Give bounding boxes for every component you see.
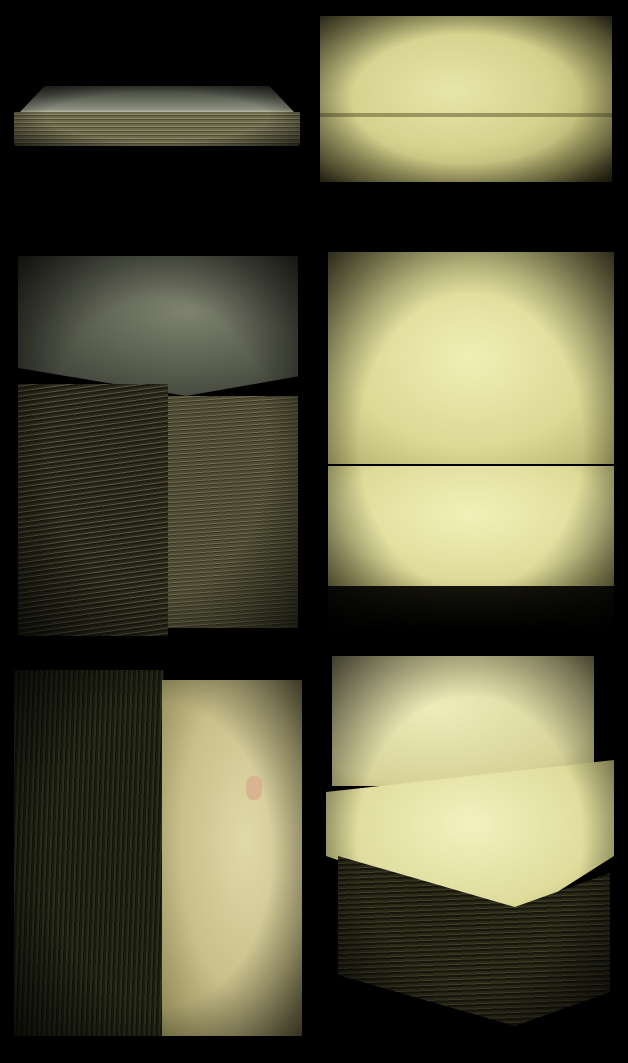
page-fold: [320, 113, 612, 117]
photo-book-spine: [14, 660, 304, 1050]
page-stack-left: [18, 384, 168, 636]
script-page-lower: [328, 466, 614, 586]
raised-page: [332, 656, 594, 786]
script-page-upper: [328, 252, 614, 464]
annotated-page: [162, 680, 302, 1036]
photo-script-closeup: [328, 252, 614, 632]
red-stain: [246, 776, 262, 800]
photo-manuscript-page: [320, 16, 612, 182]
photo-closed-book: [14, 86, 300, 148]
worn-cover: [18, 256, 298, 396]
photo-open-book: [326, 656, 614, 1026]
photo-book-corner: [14, 256, 302, 636]
book-cover-top: [20, 86, 294, 112]
manuscript-page: [320, 16, 612, 182]
page-block: [14, 670, 164, 1036]
page-stack-right: [168, 396, 298, 628]
page-base-shadow: [328, 586, 614, 632]
book-page-edges: [14, 112, 300, 146]
